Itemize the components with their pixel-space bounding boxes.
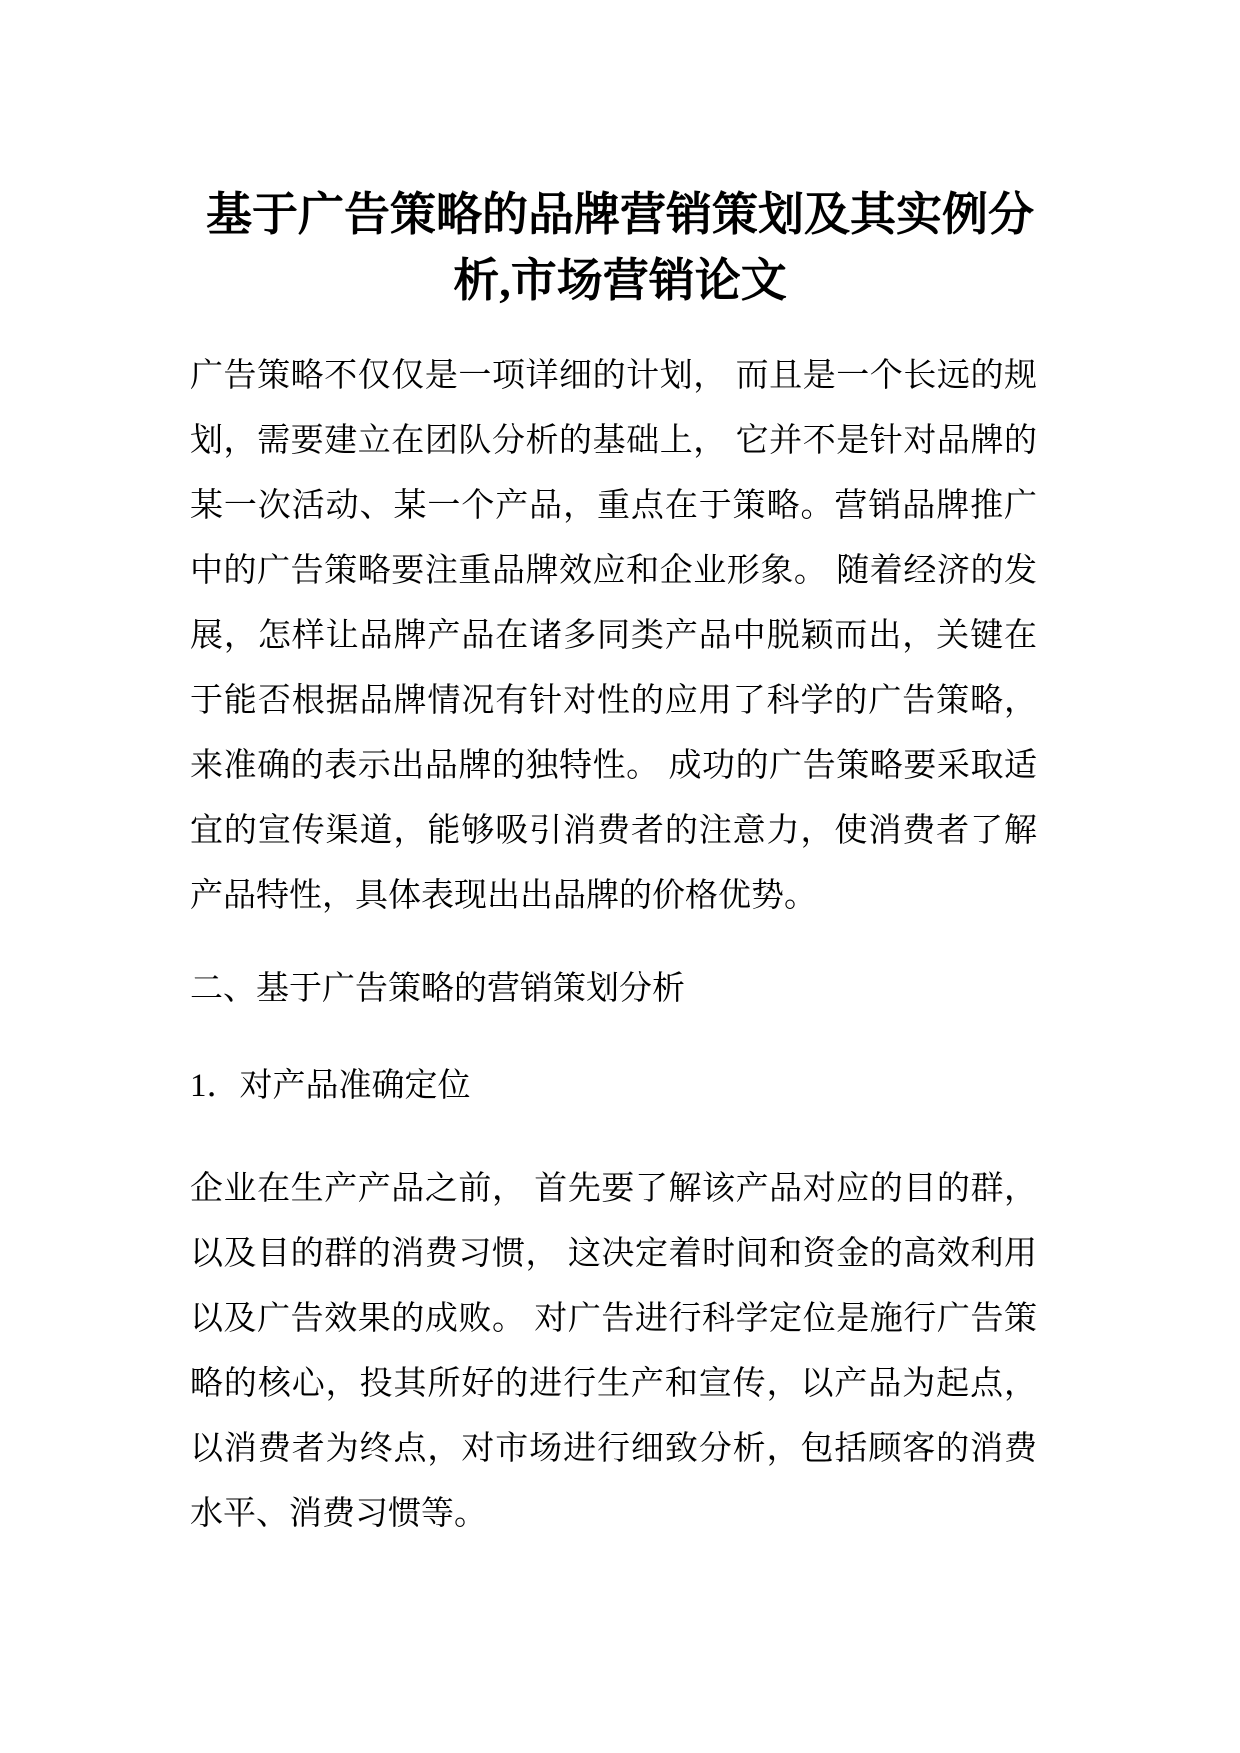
document-title: 基于广告策略的品牌营销策划及其实例分 析,市场营销论文	[0, 0, 1240, 314]
text-line: 展，怎样让品牌产品在诸多同类产品中脱颖而出，关键在	[190, 604, 1037, 669]
text-line: 于能否根据品牌情况有针对性的应用了科学的广告策略，	[190, 669, 1037, 734]
document-body: 广告策略不仅仅是一项详细的计划， 而且是一个长远的规划，需要建立在团队分析的基础…	[190, 344, 1037, 1547]
text-line: 来准确的表示出品牌的独特性。 成功的广告策略要采取适	[190, 734, 1037, 799]
section-heading: 二、基于广告策略的营销策划分析	[190, 957, 1037, 1022]
text-line: 划，需要建立在团队分析的基础上， 它并不是针对品牌的	[190, 409, 1037, 474]
text-line: 宜的宣传渠道，能够吸引消费者的注意力，使消费者了解	[190, 799, 1037, 864]
body-paragraph: 企业在生产产品之前， 首先要了解该产品对应的目的群，以及目的群的消费习惯， 这决…	[190, 1157, 1037, 1547]
text-line: 水平、消费习惯等。	[190, 1482, 1037, 1547]
sub-heading: 1．对产品准确定位	[190, 1054, 1037, 1119]
title-line-2: 析,市场营销论文	[0, 248, 1240, 314]
text-line: 中的广告策略要注重品牌效应和企业形象。 随着经济的发	[190, 539, 1037, 604]
text-line: 以及广告效果的成败。 对广告进行科学定位是施行广告策	[190, 1287, 1037, 1352]
text-line: 产品特性，具体表现出出品牌的价格优势。	[190, 864, 1037, 929]
text-line: 略的核心，投其所好的进行生产和宣传，以产品为起点，	[190, 1352, 1037, 1417]
text-line: 企业在生产产品之前， 首先要了解该产品对应的目的群，	[190, 1157, 1037, 1222]
text-line: 某一次活动、某一个产品，重点在于策略。营销品牌推广	[190, 474, 1037, 539]
text-line: 广告策略不仅仅是一项详细的计划， 而且是一个长远的规	[190, 344, 1037, 409]
body-paragraph: 广告策略不仅仅是一项详细的计划， 而且是一个长远的规划，需要建立在团队分析的基础…	[190, 344, 1037, 929]
text-line: 以及目的群的消费习惯， 这决定着时间和资金的高效利用	[190, 1222, 1037, 1287]
text-line: 以消费者为终点，对市场进行细致分析，包括顾客的消费	[190, 1417, 1037, 1482]
document-page: 基于广告策略的品牌营销策划及其实例分 析,市场营销论文 广告策略不仅仅是一项详细…	[0, 0, 1240, 1753]
title-line-1: 基于广告策略的品牌营销策划及其实例分	[0, 182, 1240, 248]
